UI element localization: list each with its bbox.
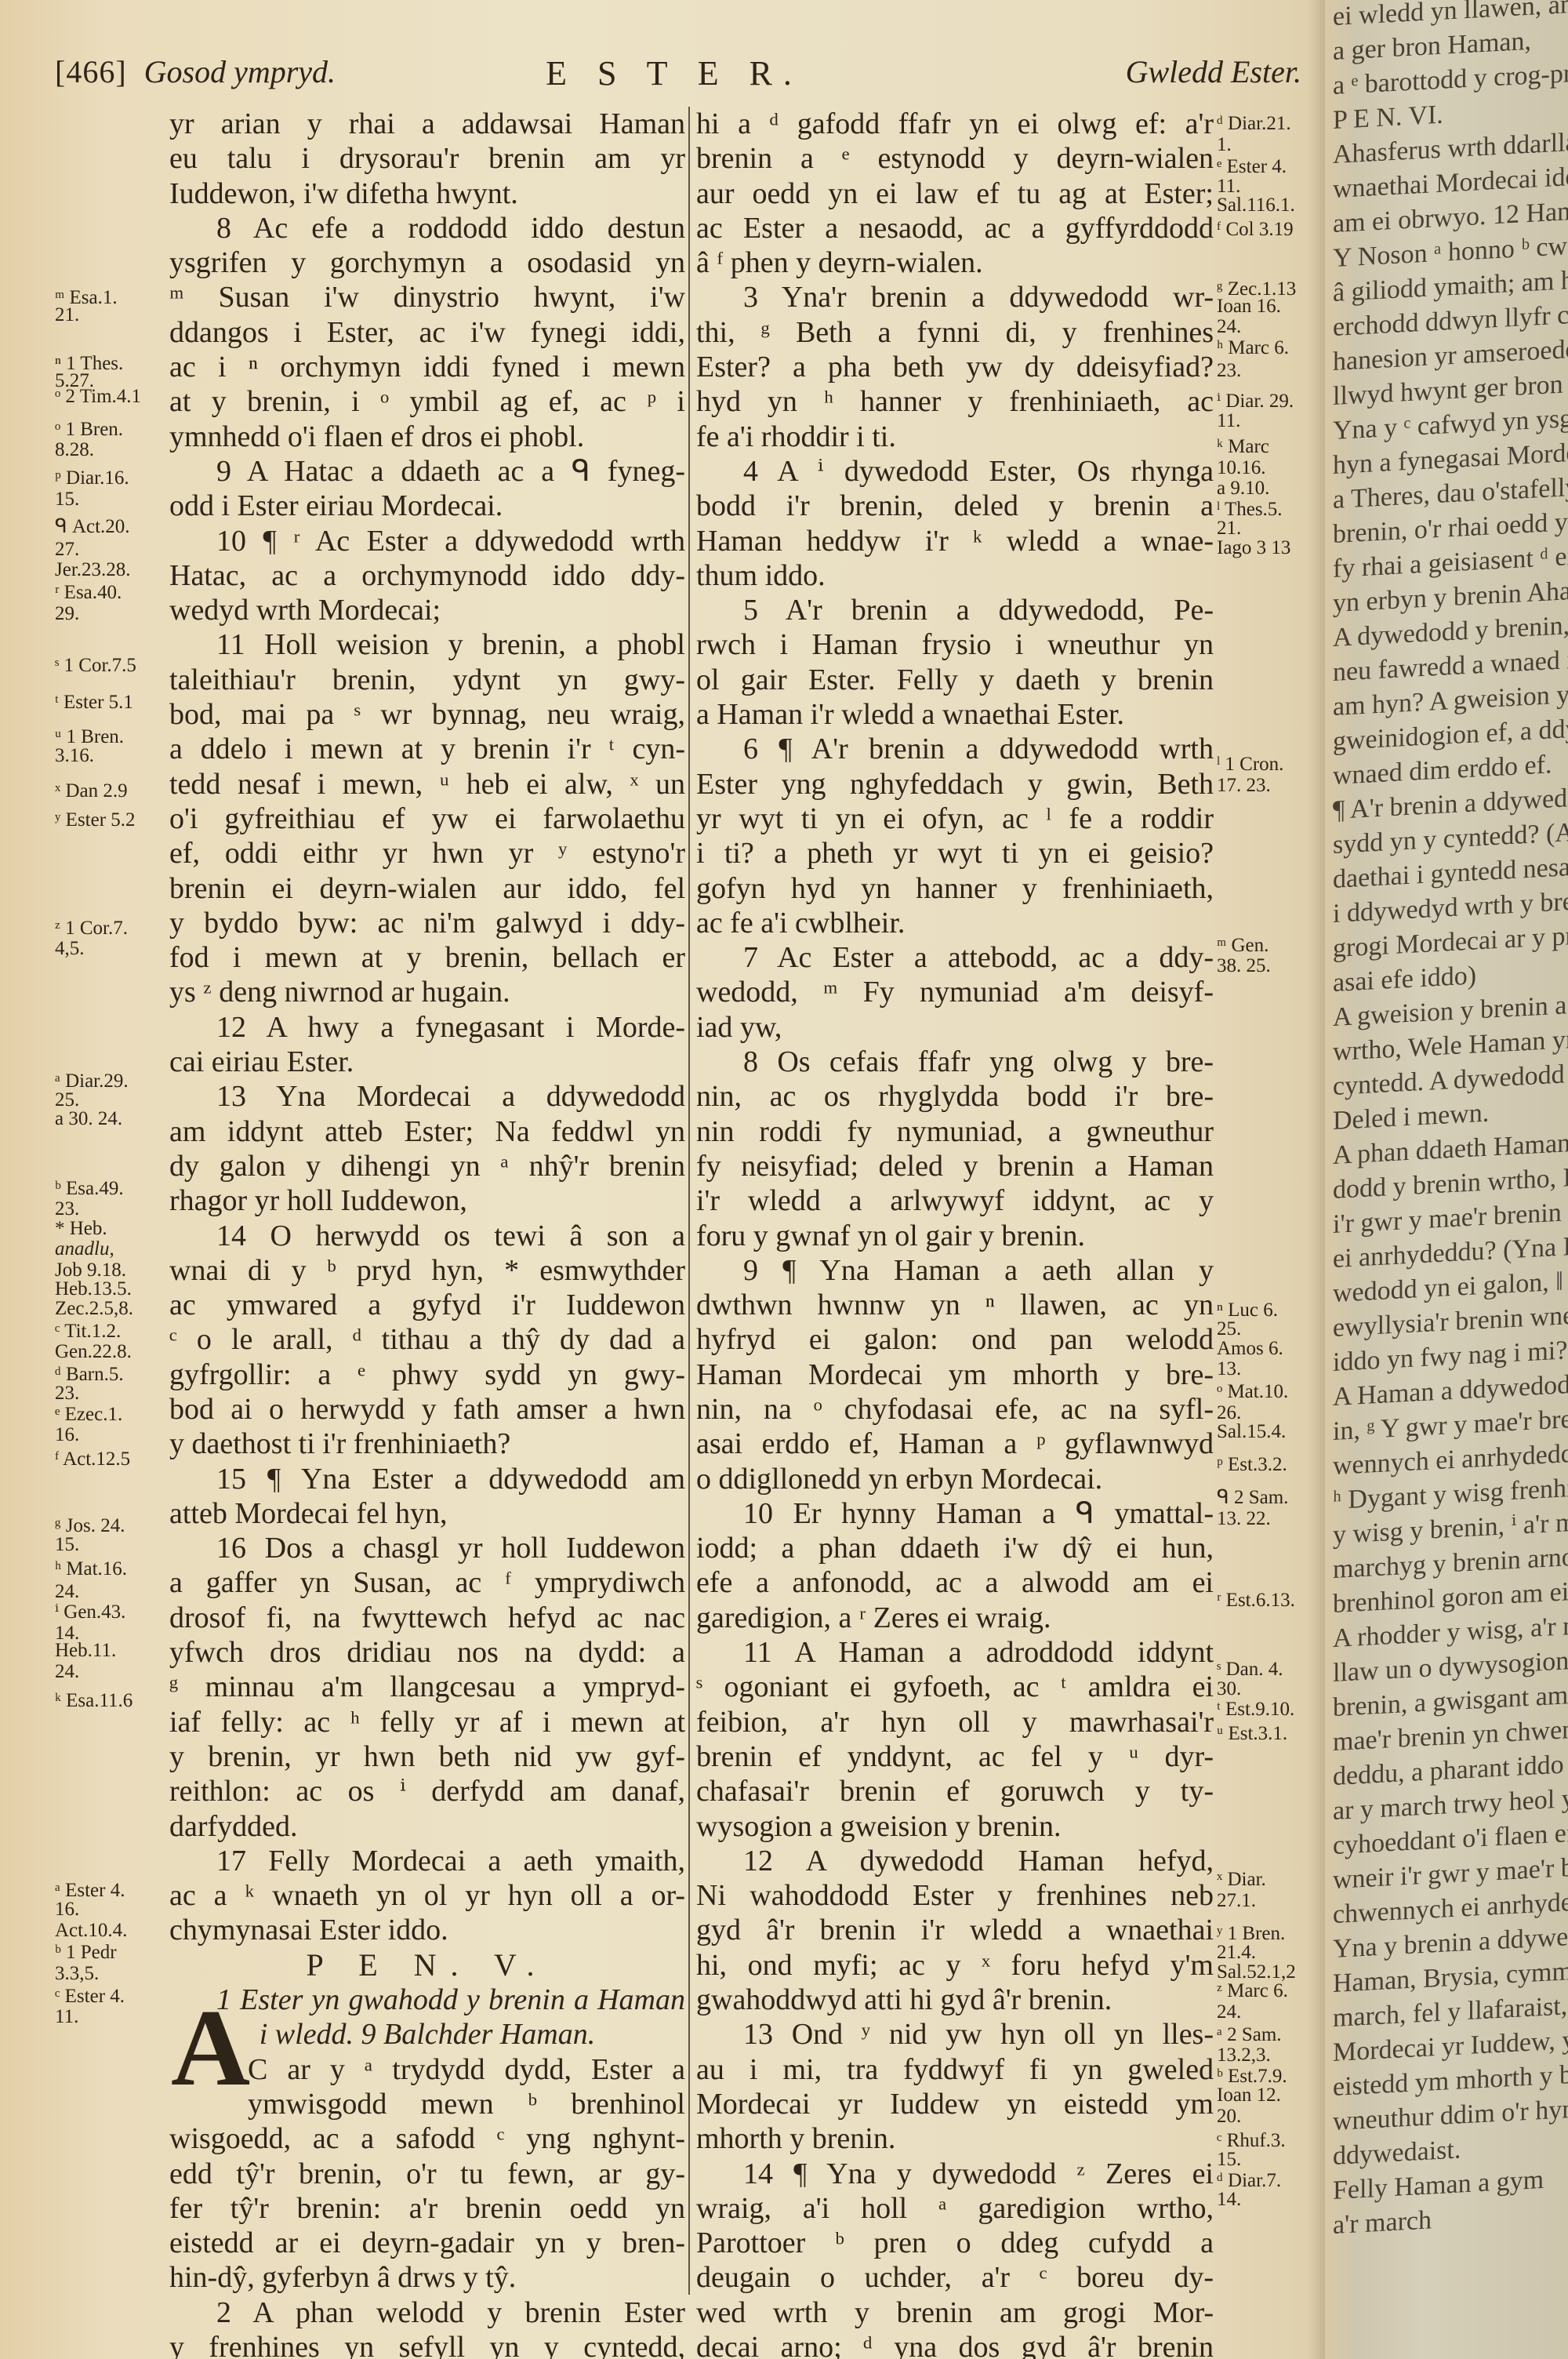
- cross-reference-note: ᵗ Ester 5.1: [55, 694, 133, 711]
- cross-reference-note: ᵖ Est.3.2.: [1217, 1456, 1287, 1474]
- cross-reference-note: ᵏ Marc: [1217, 438, 1269, 456]
- text-line: wedyd wrth Mordecai;: [169, 593, 685, 627]
- text-line: y frenhines yn sefyll yn y cyntedd,: [169, 2330, 685, 2359]
- cross-reference-note: Job 9.18.: [55, 1262, 126, 1279]
- cross-reference-note: ⁱ Diar. 29.: [1217, 393, 1294, 410]
- text-line: 7 Ac Ester a attebodd, ac a ddy-: [696, 940, 1214, 975]
- text-line: o'i gyfreithiau ef yw ei farwolaethu: [169, 801, 685, 836]
- text-line: drosof fi, na fwyttewch hefyd ac nac: [169, 1601, 685, 1635]
- cross-reference-note: Jer.23.28.: [55, 562, 131, 579]
- cross-reference-note: ʰ Mat.16.: [55, 1561, 127, 1578]
- cross-reference-note: Iago 3 13: [1217, 540, 1290, 557]
- text-line: 11 Holl weision y brenin, a phobl: [169, 627, 685, 662]
- text-line: au i mi, tra fyddwyf fi yn gweled: [696, 2052, 1214, 2087]
- text-line: thi, ᵍ Beth a fynni di, y frenhines: [696, 315, 1214, 350]
- text-line: bod ai o herwydd y fath amser a hwn: [169, 1392, 685, 1427]
- cross-reference-note: 21.: [55, 307, 79, 324]
- text-line: hyfryd ei galon: ond pan welodd: [696, 1322, 1214, 1357]
- text-line: brenin ei deyrn-wialen aur iddo, fel: [169, 871, 685, 906]
- text-line: chafasai'r brenin ef goruwch y ty-: [696, 1774, 1214, 1808]
- cross-reference-note: 30.: [1217, 1681, 1241, 1698]
- text-line: tedd nesaf i mewn, ᵘ heb ei alw, ˣ un: [169, 767, 685, 801]
- cross-reference-note: * Heb.: [55, 1220, 107, 1238]
- cross-reference-note: 24.: [1217, 2004, 1241, 2021]
- text-line: ac ymwared a gyfyd i'r Iuddewon: [169, 1288, 685, 1322]
- text-line: bodd i'r brenin, deled y brenin a: [696, 489, 1214, 523]
- text-line: y byddo byw: ac ni'm galwyd i ddy-: [169, 906, 685, 940]
- text-line: o ddigllonedd yn erbyn Mordecai.: [696, 1462, 1214, 1496]
- text-line: garedigion, a ʳ Zeres ei wraig.: [696, 1601, 1214, 1635]
- text-line: gyd â'r brenin i'r wledd a wnaethai: [696, 1913, 1214, 1947]
- cross-reference-note: 26.: [1217, 1405, 1241, 1422]
- cross-reference-note: 29.: [55, 605, 79, 623]
- cross-reference-note: ᵃ Diar.29.: [55, 1073, 129, 1090]
- cross-reference-note: 25.: [1217, 1321, 1241, 1338]
- cross-reference-note: 20.: [1217, 2108, 1241, 2125]
- cross-reference-note: 16.: [55, 1427, 79, 1444]
- text-line: 12 A dywedodd Haman hefyd,: [696, 1844, 1214, 1878]
- cross-reference-note: 4,5.: [55, 940, 85, 958]
- text-line: atteb Mordecai fel hyn,: [169, 1496, 685, 1531]
- cross-reference-note: 23.: [55, 1385, 79, 1402]
- cross-reference-note: ᵘ Est.3.1.: [1217, 1725, 1287, 1743]
- text-line: y daethost ti i'r frenhiniaeth?: [169, 1427, 685, 1461]
- text-line: i'r wledd a arlwywyf iddynt, ac y: [696, 1183, 1214, 1218]
- text-line: ᵍ minnau a'm llangcesau a ympryd-: [169, 1670, 685, 1704]
- text-line: Ester? a pha beth yw dy ddeisyfiad?: [696, 350, 1214, 384]
- cross-reference-note: a 30. 24.: [55, 1110, 122, 1128]
- column-divider: [688, 107, 690, 2295]
- text-line: efe a anfonodd, ac a alwodd am ei: [696, 1565, 1214, 1600]
- text-line: ac i ⁿ orchymyn iddi fyned i mewn: [169, 350, 685, 384]
- text-line: mhorth y brenin.: [696, 2121, 1214, 2156]
- cross-reference-note: 27.1.: [1217, 1892, 1256, 1910]
- cross-reference-note: ⁿ Luc 6.: [1217, 1302, 1278, 1319]
- text-line: dwthwn hwnnw yn ⁿ llawen, ac yn: [696, 1288, 1214, 1322]
- text-line: P E N. V.: [169, 1948, 685, 1983]
- text-line: wedodd, ᵐ Fy nymuniad a'm deisyf-: [696, 975, 1214, 1009]
- text-line: wisgoedd, ac a safodd ᶜ yng nghynt-: [169, 2121, 685, 2156]
- cross-reference-note: 27.: [55, 541, 79, 558]
- text-line: 9 ¶ Yna Haman a aeth allan y: [696, 1253, 1214, 1288]
- cross-reference-note: ʳ Esa.40.: [55, 584, 122, 602]
- cross-reference-note: 25.: [55, 1092, 79, 1109]
- cross-reference-note: ᵏ Esa.11.6: [55, 1692, 132, 1710]
- text-line: ef, oddi eithr yr hwn yr ʸ estyno'r: [169, 836, 685, 871]
- cross-reference-note: 23.: [1217, 362, 1241, 380]
- cross-reference-note: ᵖ Diar.16.: [55, 470, 129, 487]
- cross-reference-note: ᵉ Ezec.1.: [55, 1406, 122, 1423]
- text-line: yfwch dros dridiau nos na dydd: a: [169, 1635, 685, 1670]
- text-line: ᵐ Susan i'w dinystrio hwynt, i'w: [169, 280, 685, 314]
- cross-reference-note: Sal.116.1.: [1217, 197, 1295, 214]
- cross-reference-note: 3.3,5.: [55, 1965, 99, 1983]
- cross-reference-note: 11.: [1217, 178, 1240, 195]
- text-line: 6 ¶ A'r brenin a ddywedodd wrth: [696, 732, 1214, 766]
- cross-reference-note: Ioan 12.: [1217, 2087, 1281, 2104]
- text-line: dy galon y dihengi yn ᵃ nhŷ'r brenin: [169, 1149, 685, 1183]
- text-line: Hatac, ac a orchymynodd iddo ddy-: [169, 558, 685, 593]
- cross-reference-note: Gen.22.8.: [55, 1343, 132, 1361]
- cross-reference-note: 11.: [1217, 413, 1240, 430]
- cross-reference-note: ᶠ Col 3.19: [1217, 221, 1294, 238]
- cross-reference-note: 13. 22.: [1217, 1510, 1271, 1528]
- text-line: odd i Ester eiriau Mordecai.: [169, 489, 685, 523]
- cross-reference-note: ᵇ 1 Pedr: [55, 1944, 117, 1961]
- text-line: darfydded.: [169, 1809, 685, 1844]
- text-line: eistedd ar ei deyrn-gadair yn y bren-: [169, 2226, 685, 2260]
- text-line: yr arian y rhai a addawsai Haman: [169, 107, 685, 141]
- text-line: chymynasai Ester iddo.: [169, 1913, 685, 1947]
- cross-reference-note: Sal.15.4.: [1217, 1423, 1286, 1441]
- text-line: foru y gwnaf yn ol gair y brenin.: [696, 1219, 1214, 1253]
- cross-reference-note: ᶜ Ester 4.: [55, 1988, 125, 2005]
- cross-reference-note: 10.16.: [1217, 460, 1266, 477]
- text-line: eu talu i drysorau'r brenin am yr: [169, 141, 685, 176]
- cross-reference-note: a 9.10.: [1217, 480, 1269, 497]
- text-line: 14 ¶ Yna y dywedodd ᶻ Zeres ei: [696, 2157, 1214, 2191]
- text-line: i ti? a pheth yr wyt ti yn ei geisio?: [696, 836, 1214, 871]
- text-line: ˢ ogoniant ei gyfoeth, ac ᵗ amldra ei: [696, 1670, 1214, 1704]
- text-line: hin-dŷ, gyferbyn â drws y tŷ.: [169, 2260, 685, 2295]
- text-line: 13 Yna Mordecai a ddywedodd: [169, 1079, 685, 1114]
- text-line: feibion, a'r hyn oll y mawrhasai'r: [696, 1705, 1214, 1739]
- text-line: asai erddo ef, Haman a ᵖ gyflawnwyd: [696, 1427, 1214, 1461]
- cross-reference-note: ˣ Dan 2.9: [55, 783, 128, 800]
- text-line: â ᶠ phen y deyrn-wialen.: [696, 245, 1214, 280]
- cross-reference-note: ʸ 1 Bren.: [1217, 1925, 1285, 1943]
- text-line: 8 Os cefais ffafr yng olwg y bre-: [696, 1045, 1214, 1079]
- text-line: thum iddo.: [696, 558, 1214, 593]
- cross-reference-note: ᵒ 2 Tim.4.1: [55, 388, 141, 405]
- text-line: decai arno; ᵈ yna dos gyd â'r brenin: [696, 2330, 1214, 2359]
- cross-reference-note: ᶜ Tit.1.2.: [55, 1323, 121, 1340]
- text-line: fy neisyfiad; deled y brenin a Haman: [696, 1149, 1214, 1183]
- cross-reference-note: Act.10.4.: [55, 1922, 127, 1939]
- text-line: nin, ac os rhyglydda bodd i'r bre-: [696, 1079, 1214, 1114]
- text-line: ymnhedd o'i flaen ef dros ei phobl.: [169, 420, 685, 454]
- text-line: gwahoddwyd atti hi gyd â'r brenin.: [696, 1983, 1214, 2017]
- cross-reference-note: 24.: [55, 1583, 79, 1601]
- text-line: wysogion a gweision y brenin.: [696, 1809, 1214, 1844]
- text-line: wraig, a'i holl ᵃ garedigion wrtho,: [696, 2191, 1214, 2226]
- cross-reference-note: 38. 25.: [1217, 958, 1271, 975]
- cross-reference-note: ᵒ 1 Bren.: [55, 421, 123, 438]
- text-line: ac a ᵏ wnaeth yn ol yr hyn oll a or-: [169, 1878, 685, 1913]
- cross-reference-note: ᵐ Gen.: [1217, 937, 1269, 954]
- cross-reference-note: ᑫ 2 Sam.: [1217, 1489, 1288, 1507]
- text-line: fer tŷ'r brenin: a'r brenin oedd yn: [169, 2191, 685, 2226]
- cross-reference-note: ˡ 1 Cron.: [1217, 756, 1283, 773]
- cross-reference-note: 3.16.: [55, 747, 94, 765]
- text-line: iodd; a phan ddaeth i'w dŷ ei hun,: [696, 1531, 1214, 1565]
- cross-reference-note: ᵃ Ester 4.: [55, 1882, 125, 1899]
- cross-reference-note: 24.: [55, 1663, 79, 1681]
- text-line: 17 Felly Mordecai a aeth ymaith,: [169, 1844, 685, 1878]
- cross-reference-note: ᵇ Est.7.9.: [1217, 2068, 1287, 2085]
- cross-reference-note: 21.4.: [1217, 1944, 1256, 1961]
- text-line: brenin a ᵉ estynodd y deyrn-wialen: [696, 141, 1214, 176]
- cross-reference-note: ᵘ 1 Bren.: [55, 729, 124, 746]
- text-line: 9 A Hatac a ddaeth ac a ᑫ fyneg-: [169, 454, 685, 489]
- text-line: 15 ¶ Yna Ester a ddywedodd am: [169, 1462, 685, 1496]
- cross-reference-note: Sal.52.1,2: [1217, 1964, 1296, 1981]
- drop-cap: A: [171, 2001, 250, 2095]
- cross-reference-note: 1.: [1217, 136, 1232, 154]
- cross-reference-note: ᵗ Est.9.10.: [1217, 1701, 1294, 1718]
- text-line: 12 A hwy a fynegasant i Morde-: [169, 1010, 685, 1045]
- cross-reference-note: Ioan 16.: [1217, 298, 1281, 315]
- text-line: wed wrth y brenin am grogi Mor-: [696, 2295, 1214, 2330]
- cross-reference-note: anadlu,: [55, 1241, 114, 1258]
- text-line: 8 Ac efe a roddodd iddo destun: [169, 211, 685, 245]
- cross-reference-note: ˢ Dan. 4.: [1217, 1661, 1283, 1678]
- text-column-right: hi a ᵈ gafodd ffafr yn ei olwg ef: a'rbr…: [696, 107, 1214, 2359]
- text-line: am iddynt atteb Ester; Na feddwl yn: [169, 1114, 685, 1149]
- cross-reference-note: ʸ Ester 5.2: [55, 812, 136, 829]
- text-line: reithlon: ac os ⁱ derfydd am danaf,: [169, 1774, 685, 1808]
- cross-reference-note: 21.: [1217, 520, 1241, 537]
- cross-reference-note: ᵉ Ester 4.: [1217, 158, 1287, 176]
- cross-reference-note: 15.: [55, 1536, 79, 1554]
- cross-reference-note: 16.: [55, 1901, 79, 1918]
- text-line: a ddelo i mewn at y brenin i'r ᵗ cyn-: [169, 732, 685, 766]
- cross-reference-note: ᵃ 2 Sam.: [1217, 2026, 1282, 2044]
- text-line: gofyn hyd yn hanner y frenhiniaeth,: [696, 871, 1214, 906]
- cross-reference-note: 24.: [1217, 318, 1241, 336]
- text-line: aur oedd yn ei law ef tu ag at Ester;: [696, 176, 1214, 211]
- text-line: nin roddi fy nymuniad, a gwneuthur: [696, 1114, 1214, 1149]
- text-line: 4 A ⁱ dywedodd Ester, Os rhynga: [696, 454, 1214, 489]
- text-line: 11 A Haman a adroddodd iddynt: [696, 1635, 1214, 1670]
- text-line: 2 A phan welodd y brenin Ester: [169, 2295, 685, 2330]
- text-line: hi a ᵈ gafodd ffafr yn ei olwg ef: a'r: [696, 107, 1214, 141]
- text-line: 5 A'r brenin a ddywedodd, Pe-: [696, 593, 1214, 627]
- text-line: Ester yng nghyfeddach y gwin, Beth: [696, 767, 1214, 801]
- cross-reference-note: ᶜ Rhuf.3.: [1217, 2132, 1286, 2150]
- cross-reference-note: 17. 23.: [1217, 777, 1271, 794]
- text-line: Parottoer ᵇ pren o ddeg cufydd a: [696, 2226, 1214, 2260]
- book-page-left: [466] Gosod ympryd. E S T E R. Gwledd Es…: [0, 0, 1325, 2359]
- cross-reference-note: 13.: [1217, 1361, 1241, 1378]
- text-line: ol gair Ester. Felly y daeth y brenin: [696, 663, 1214, 697]
- cross-reference-note: ˢ 1 Cor.7.5: [55, 657, 136, 674]
- running-head-right: Gwledd Ester.: [1126, 53, 1301, 90]
- text-line: 10 ¶ ʳ Ac Ester a ddywedodd wrth: [169, 524, 685, 558]
- text-line: nin, na ᵒ chyfodasai efe, ac na syfl-: [696, 1392, 1214, 1427]
- text-line: deugain o uchder, a'r ᶜ boreu dy-: [696, 2260, 1214, 2295]
- text-line: rhagor yr holl Iuddewon,: [169, 1183, 685, 1218]
- cross-reference-note: ᵈ Diar.21.: [1217, 115, 1291, 133]
- cross-reference-note: 14.: [1217, 2191, 1241, 2208]
- text-line: at y brenin, i ᵒ ymbil ag ef, ac ᵖ i: [169, 384, 685, 419]
- text-line: 14 O herwydd os tewi â son a: [169, 1219, 685, 1253]
- text-line: gyfrgollir: a ᵉ phwy sydd yn gwy-: [169, 1358, 685, 1392]
- cross-reference-note: Heb.13.5.: [55, 1281, 132, 1298]
- cross-reference-note: ˡ Thes.5.: [1217, 501, 1283, 518]
- text-line: ysgrifen y gorchymyn a osodasid yn: [169, 245, 685, 280]
- text-line: brenin ef ynddynt, ac fel y ᵘ dyr-: [696, 1739, 1214, 1774]
- cross-reference-note: ᶻ Marc 6.: [1217, 1983, 1288, 2000]
- text-line: a Haman i'r wledd a wnaethai Ester.: [696, 697, 1214, 732]
- cross-reference-note: ᑫ Act.20.: [55, 518, 130, 536]
- text-line: iaf felly: ac ʰ felly yr af i mewn at: [169, 1705, 685, 1739]
- facing-page-text: ei wledd yn llawen, ama ger bron Haman,a…: [1333, 0, 1568, 2243]
- text-line: Haman heddyw i'r ᵏ wledd a wnae-: [696, 524, 1214, 558]
- text-line: fe a'i rhoddir i ti.: [696, 420, 1214, 454]
- text-line: ac fe a'i cwblheir.: [696, 906, 1214, 940]
- text-line: ᶜ o le arall, ᵈ tithau a thŷ dy dad a: [169, 1322, 685, 1357]
- cross-reference-note: ᶠ Act.12.5: [55, 1451, 130, 1468]
- cross-reference-note: ᵈ Diar.7.: [1217, 2172, 1281, 2190]
- text-line: cai eiriau Ester.: [169, 1045, 685, 1079]
- text-line: 16 Dos a chasgl yr holl Iuddewon: [169, 1531, 685, 1565]
- cross-reference-note: ʳ Est.6.13.: [1217, 1592, 1295, 1609]
- text-line: fod i mewn at y brenin, bellach er: [169, 940, 685, 975]
- page-header: [466] Gosod ympryd. E S T E R. Gwledd Es…: [0, 53, 1325, 108]
- cross-reference-note: Amos 6.: [1217, 1340, 1283, 1358]
- text-line: iad yw,: [696, 1010, 1214, 1045]
- text-line: ys ᶻ deng niwrnod ar hugain.: [169, 975, 685, 1009]
- text-line: Haman Mordecai ym mhorth y bre-: [696, 1358, 1214, 1392]
- text-line: 3 Yna'r brenin a ddywedodd wr-: [696, 280, 1214, 314]
- facing-page-curl: ei wledd yn llawen, ama ger bron Haman,a…: [1325, 0, 1568, 2359]
- cross-reference-note: ᵒ Mat.10.: [1217, 1383, 1288, 1401]
- cross-reference-note: 13.2,3.: [1217, 2047, 1271, 2064]
- text-line: rwch i Haman frysio i wneuthur yn: [696, 627, 1214, 662]
- cross-reference-note: ˣ Diar.: [1217, 1871, 1266, 1888]
- text-line: bod, mai pa ˢ wr bynnag, neu wraig,: [169, 697, 685, 732]
- cross-reference-note: 23.: [55, 1201, 79, 1218]
- text-line: Iuddewon, i'w difetha hwynt.: [169, 176, 685, 211]
- text-line: Mordecai yr Iuddew yn eistedd ym: [696, 2087, 1214, 2121]
- cross-reference-note: Zec.2.5,8.: [55, 1300, 133, 1318]
- text-line: 13 Ond ʸ nid yw hyn oll yn lles-: [696, 2017, 1214, 2052]
- cross-reference-note: 15.: [1217, 2151, 1241, 2168]
- cross-reference-note: ʰ Marc 6.: [1217, 340, 1289, 357]
- text-line: edd tŷ'r brenin, o'r tu fewn, ar gy-: [169, 2157, 685, 2191]
- cross-reference-note: ᵇ Esa.49.: [55, 1180, 124, 1198]
- text-line: yr wyt ti yn ei ofyn, ac ˡ fe a roddir: [696, 801, 1214, 836]
- text-line: hi, ond myfi; ac y ˣ foru hefyd y'm: [696, 1948, 1214, 1983]
- text-line: ac Ester a nesaodd, ac a gyffyrddodd: [696, 211, 1214, 245]
- cross-reference-note: ⁱ Gen.43.: [55, 1604, 125, 1621]
- text-line: y brenin, yr hwn beth nid yw gyf-: [169, 1739, 685, 1774]
- text-line: Ni wahoddodd Ester y frenhines neb: [696, 1878, 1214, 1913]
- cross-reference-note: ᵈ Barn.5.: [55, 1366, 124, 1383]
- text-line: 10 Er hynny Haman a ᑫ ymattal-: [696, 1496, 1214, 1531]
- cross-reference-note: 15.: [55, 491, 79, 508]
- text-line: wnai di y ᵇ pryd hyn, * esmwythder: [169, 1253, 685, 1288]
- text-line: a gaffer yn Susan, ac ᶠ ymprydiwch: [169, 1565, 685, 1600]
- text-line: hyd yn ʰ hanner y frenhiniaeth, ac: [696, 384, 1214, 419]
- cross-reference-note: ᵍ Jos. 24.: [55, 1518, 125, 1535]
- cross-reference-note: ᶻ 1 Cor.7.: [55, 920, 128, 937]
- text-line: taleithiau'r brenin, ydynt yn gwy-: [169, 663, 685, 697]
- cross-reference-note: 11.: [55, 2008, 78, 2026]
- cross-reference-note: 8.28.: [55, 442, 94, 459]
- text-line: ddangos i Ester, ac i'w fynegi iddi,: [169, 315, 685, 350]
- cross-reference-note: Heb.11.: [55, 1642, 116, 1659]
